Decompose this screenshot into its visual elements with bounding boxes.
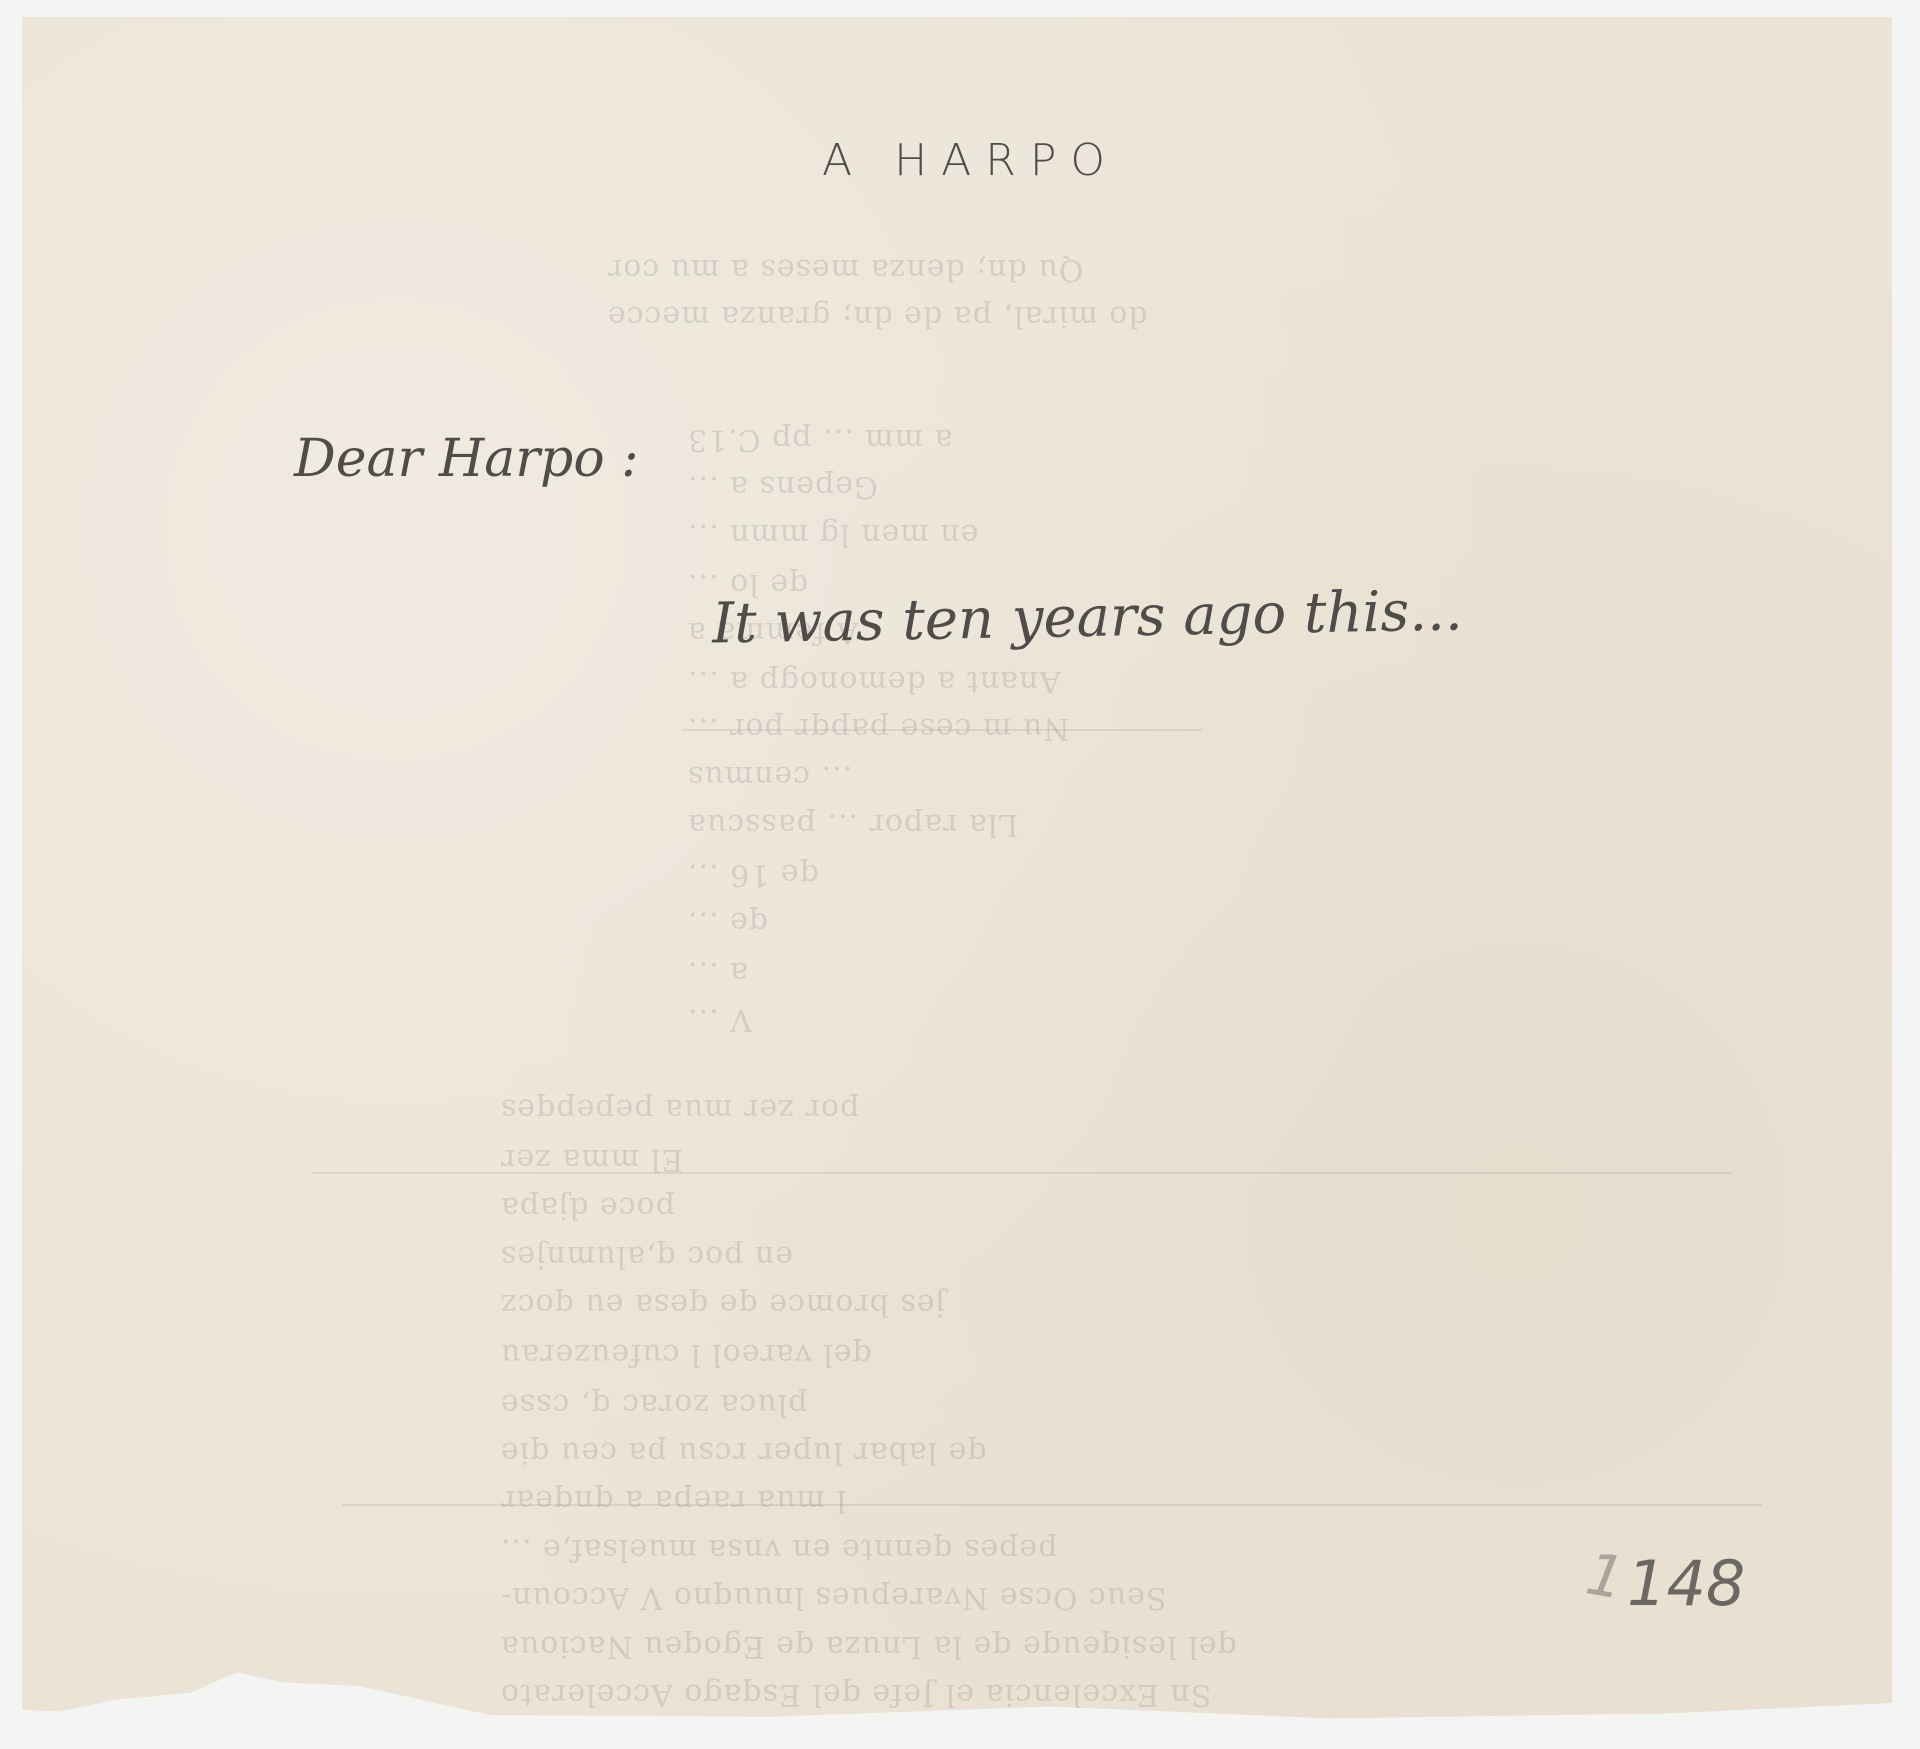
bleed-line: Anant a demonogp a ... <box>687 664 1061 699</box>
bleed-rule <box>312 1172 1732 1174</box>
bleed-line: Seuc Ocse Nvarepues lnuuqno V Accoun- <box>500 1580 1166 1615</box>
handwritten-body-line: It was ten years ago this... <box>711 578 1463 656</box>
bleed-line: Gepens a ... <box>687 469 878 504</box>
bleed-line: a ... <box>687 955 748 990</box>
bleed-line: qel lesiqeuqe qe la Lnuza qe Egoqeu Naci… <box>500 1629 1237 1664</box>
bleed-line: V ... <box>687 1002 752 1037</box>
handwritten-title: A HARPO <box>822 135 1119 186</box>
bleed-line: en poc q,alumnjes <box>500 1239 793 1274</box>
bleed-line: pepes qennte en vnsa muelsaf,e ... <box>500 1532 1057 1567</box>
bleed-line: qe ... <box>687 905 768 940</box>
bleed-line: a mm ... pp C.13 <box>687 422 953 457</box>
paper-sheet: Qu dn; denza meses a mu cor do miral, pa… <box>22 17 1892 1727</box>
bleed-line: Sn Excelencia el Jefe qel Esqago Acceler… <box>500 1677 1211 1712</box>
bleed-line: qe labar luper rcsu pa ceu qie <box>500 1435 987 1470</box>
bleed-line: l mua raepa a qnqear <box>500 1483 846 1518</box>
bleed-line: do miral, pa de dn; granza mecce <box>607 299 1148 334</box>
bleed-line: por zer mua pepepqes <box>500 1092 859 1127</box>
bleed-rule <box>342 1504 1762 1506</box>
bleed-line: Qu dn; denza meses a mu cor <box>607 252 1083 287</box>
bleed-line: pluca zorac q, csse <box>500 1387 807 1422</box>
bleed-line: poce djapa <box>500 1190 675 1225</box>
bleed-rule <box>682 729 1202 731</box>
bleed-line: qel vareol l cufeuzerau <box>500 1337 872 1372</box>
bleed-line: ... cenmus <box>687 759 852 794</box>
bleed-line: en men lg mmn ... <box>687 517 978 552</box>
bleed-line: Lla rapor ... passcua <box>687 807 1018 842</box>
page-number-prefix: 1 <box>1581 1539 1629 1612</box>
handwritten-salutation: Dear Harpo : <box>294 429 639 489</box>
bleed-line: qe 16 ... <box>687 857 819 892</box>
bleed-line: jes bromce qe qesa eu qocz <box>500 1287 945 1322</box>
page-number: 148 <box>1627 1547 1745 1620</box>
